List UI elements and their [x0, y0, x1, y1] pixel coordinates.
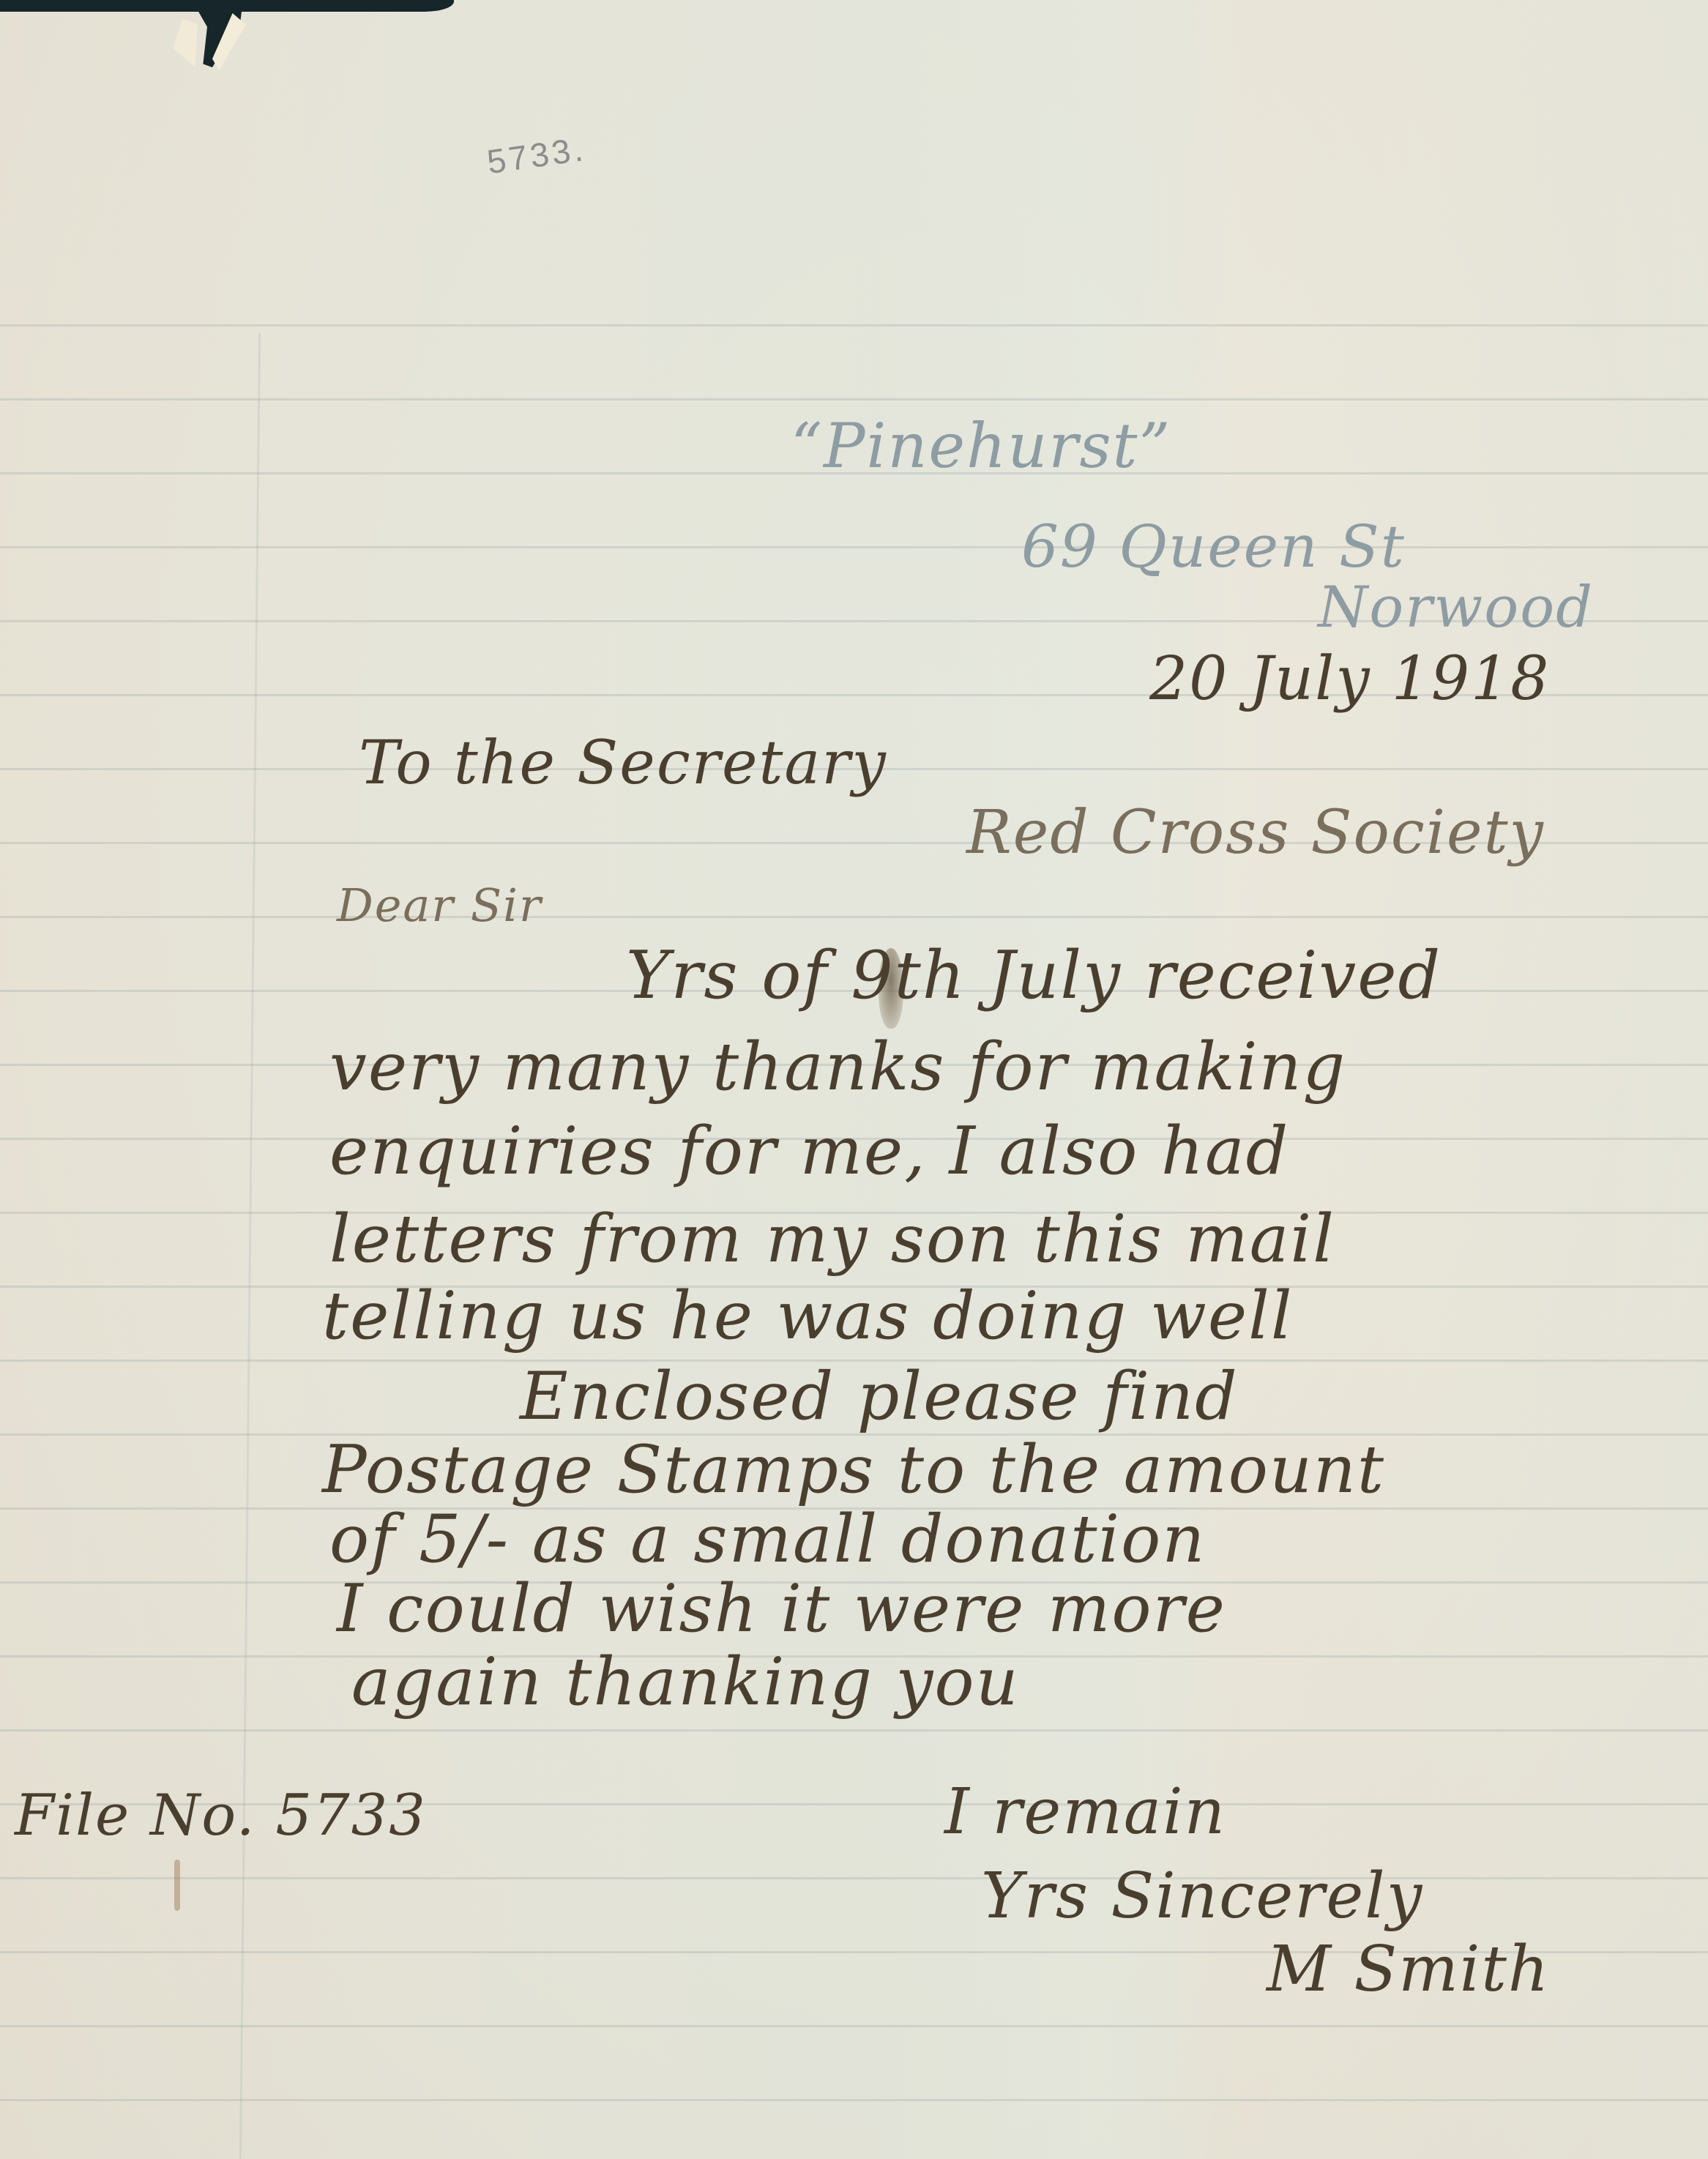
signature: M Smith — [1267, 1933, 1550, 2006]
address-suburb: Norwood — [1318, 575, 1594, 641]
recipient-title: To the Secretary — [359, 728, 887, 798]
body-line: telling us he was doing well — [322, 1278, 1294, 1354]
body-line: letters from my son this mail — [329, 1201, 1335, 1278]
recipient-organisation: Red Cross Society — [966, 798, 1545, 868]
body-line: very many thanks for making — [329, 1029, 1346, 1105]
salutation: Dear Sir — [337, 879, 542, 932]
ink-stain — [174, 1860, 180, 1911]
valediction-line: Yrs Sincerely — [981, 1860, 1423, 1933]
body-line: enquiries for me, I also had — [329, 1113, 1289, 1190]
valediction-line: I remain — [944, 1775, 1226, 1849]
body-line: I could wish it were more — [337, 1570, 1226, 1647]
letter-date: 20 July 1918 — [1149, 644, 1550, 714]
body-line: Postage Stamps to the amount — [322, 1431, 1385, 1508]
address-street: 69 Queen St — [1021, 512, 1406, 581]
body-line: of 5/- as a small donation — [329, 1501, 1206, 1578]
body-line: again thanking you — [351, 1644, 1020, 1720]
address-house-name: “Pinehurst” — [791, 410, 1171, 482]
body-line: Yrs of 9th July received — [626, 937, 1442, 1014]
file-number: File No. 5733 — [15, 1783, 427, 1849]
body-line: Enclosed please find — [520, 1358, 1239, 1435]
